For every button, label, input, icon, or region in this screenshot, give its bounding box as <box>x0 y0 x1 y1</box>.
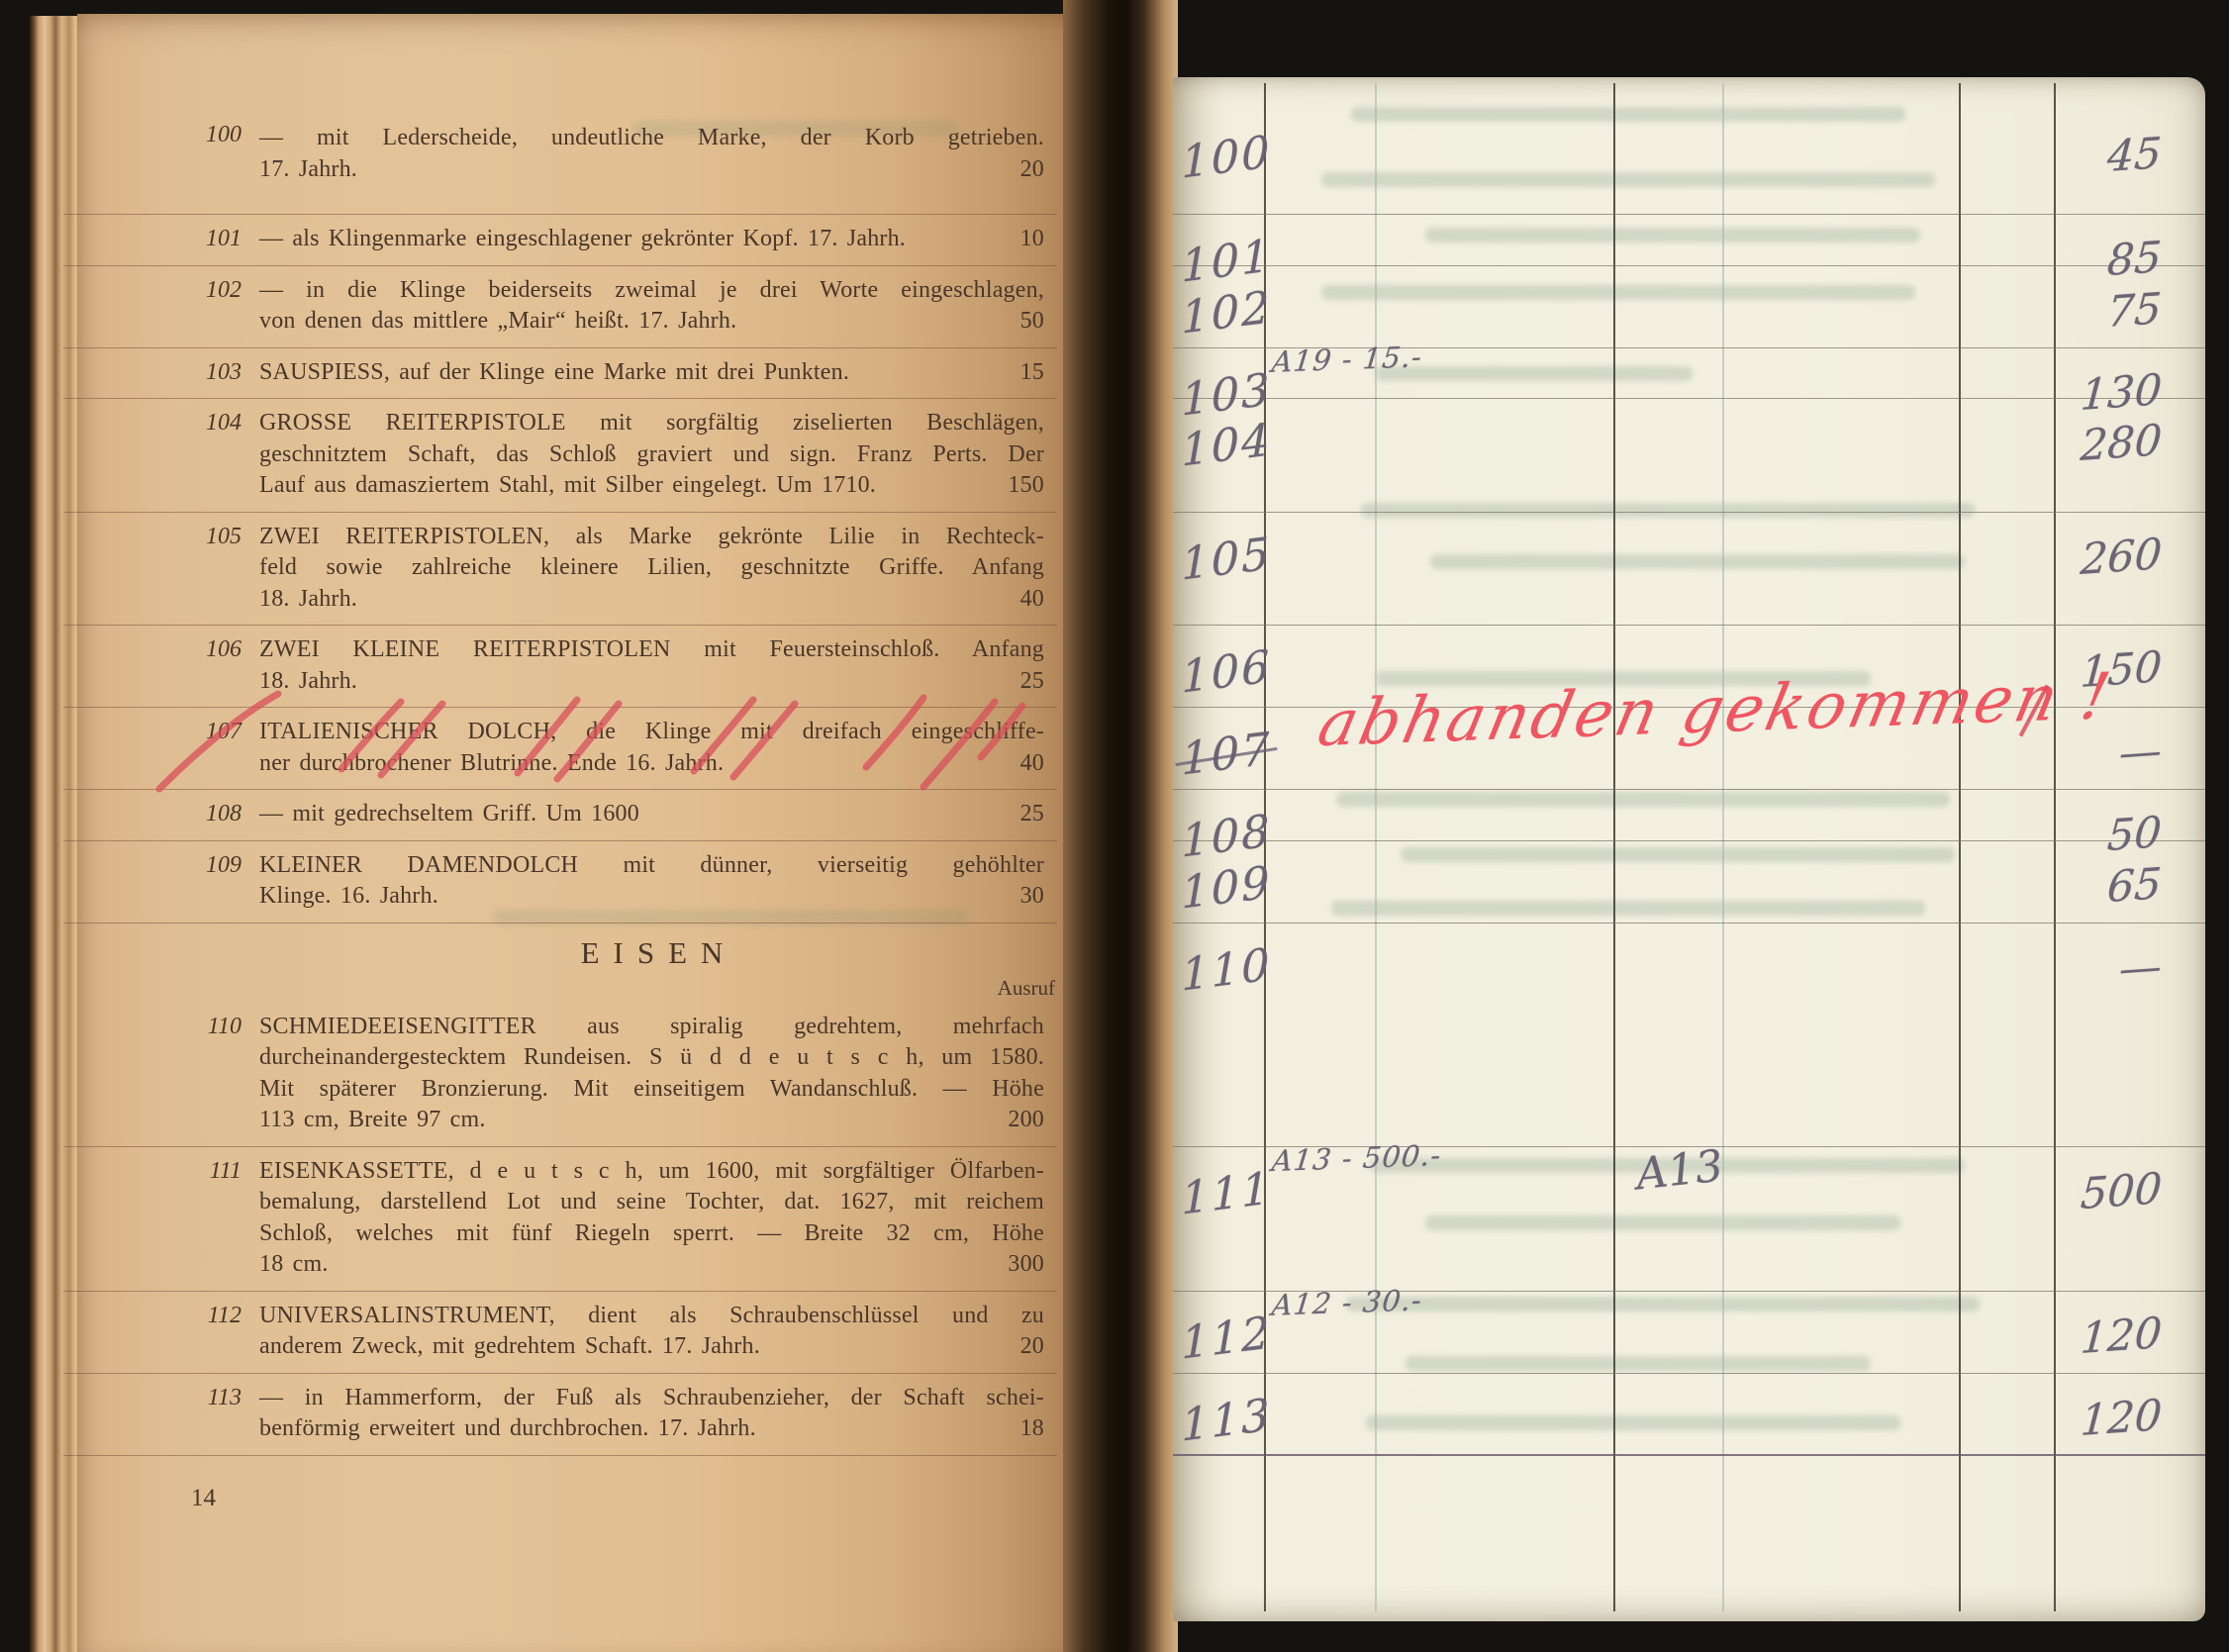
item-number: 106 <box>137 634 242 666</box>
item-text: — als Klingenmarke eingeschlagener gekrö… <box>259 224 1044 255</box>
item-text-line-text: — als Klingenmarke eingeschlagener gekrö… <box>259 224 906 255</box>
ledger-row: 10850 <box>1173 790 2205 841</box>
catalog-item: 103SAUSPIESS, auf der Klinge eine Marke … <box>77 348 1069 400</box>
item-price: 30 <box>1003 881 1044 913</box>
page-number: 14 <box>191 1485 216 1512</box>
ledger-lot-number: 110 <box>1181 937 1272 1001</box>
item-price: 18 <box>1003 1413 1044 1445</box>
item-text: SCHMIEDEEISENGITTER aus spiralig gedreht… <box>259 1012 1044 1136</box>
ledger-lot-number: 106 <box>1181 639 1272 703</box>
item-text-line: Mit späterer Bronzierung. Mit einseitige… <box>259 1074 1044 1106</box>
item-text-line-text: anderem Zweck, mit gedrehtem Schaft. 17.… <box>259 1331 760 1363</box>
item-text-line: ITALIENISCHER DOLCH, die Klinge mit drei… <box>259 717 1044 748</box>
item-text-line: — mit Lederscheide, undeutliche Marke, d… <box>259 123 1044 154</box>
catalog-item: 104GROSSE REITERPISTOLE mit sorgfältig z… <box>77 399 1069 513</box>
ledger-row: 10045 <box>1173 111 2205 215</box>
catalog-item: 111EISENKASSETTE, d e u t s c h, um 1600… <box>77 1147 1069 1292</box>
item-text-line-text: 18. Jahrh. <box>259 666 357 698</box>
item-text-line-text: — mit gedrechseltem Griff. Um 1600 <box>259 799 639 830</box>
item-text-line-text: benförmig erweitert und durchbrochen. 17… <box>259 1413 756 1445</box>
item-price: 15 <box>1003 357 1044 389</box>
item-number: 103 <box>137 357 242 389</box>
item-text: EISENKASSETTE, d e u t s c h, um 1600, m… <box>259 1156 1044 1281</box>
item-text: — mit gedrechseltem Griff. Um 160025 <box>259 799 1044 830</box>
book-scan: 100— mit Lederscheide, undeutliche Marke… <box>0 0 2229 1652</box>
item-price: 10 <box>1003 224 1044 255</box>
item-number: 112 <box>137 1301 242 1332</box>
ledger-lot-number: 105 <box>1181 527 1272 590</box>
item-text-line: Klinge. 16. Jahrh.30 <box>259 881 1044 913</box>
ledger-price: 280 <box>2079 416 2163 471</box>
item-text-line: UNIVERSALINSTRUMENT, dient als Schrauben… <box>259 1301 1044 1332</box>
item-text-line: geschnitztem Schaft, das Schloß graviert… <box>259 439 1044 471</box>
item-text-line: ZWEI REITERPISTOLEN, als Marke gekrönte … <box>259 522 1044 553</box>
item-text-line: 113 cm, Breite 97 cm.200 <box>259 1105 1044 1136</box>
item-text-line: — mit gedrechseltem Griff. Um 160025 <box>259 799 1044 830</box>
ledger-price: 130 <box>2079 364 2163 420</box>
item-text-line: Lauf aus damasziertem Stahl, mit Silber … <box>259 470 1044 502</box>
item-number: 113 <box>137 1383 242 1414</box>
item-number: 108 <box>137 799 242 830</box>
pencil-annotation: A13 - 500.- <box>1270 1137 1443 1177</box>
ledger-row: 10965 <box>1173 841 2205 923</box>
ledger-row: 10185 <box>1173 215 2205 266</box>
item-number: 107 <box>137 717 242 748</box>
item-price: 50 <box>1003 306 1044 338</box>
section-header-block: EISENAusruf <box>77 923 1069 1003</box>
pencil-annotation: A19 - 15.- <box>1270 340 1423 378</box>
ledger-lot-number: 109 <box>1181 855 1272 919</box>
ledger-price: 50 <box>2106 808 2164 861</box>
item-text-line: 18. Jahrh.40 <box>259 584 1044 616</box>
item-number: 102 <box>137 275 242 307</box>
item-text-line-text: ner durchbrochener Blutrinne. Ende 16. J… <box>259 748 724 780</box>
item-text-line-text: SAUSPIESS, auf der Klinge eine Marke mit… <box>259 357 849 389</box>
item-price: 20 <box>1003 1331 1044 1363</box>
item-text-line: Schloß, welches mit fünf Riegeln sperrt.… <box>259 1218 1044 1250</box>
item-number: 100 <box>137 120 242 151</box>
ledger-row: 105260 <box>1173 513 2205 627</box>
item-text-line: ZWEI KLEINE REITERPISTOLEN mit Feuerstei… <box>259 634 1044 666</box>
catalog-item: 108— mit gedrechseltem Griff. Um 160025 <box>77 790 1069 841</box>
item-text-line: anderem Zweck, mit gedrehtem Schaft. 17.… <box>259 1331 1044 1363</box>
item-text-line: 18 cm.300 <box>259 1249 1044 1281</box>
price-column-label: Ausruf <box>998 976 1055 1001</box>
ledger-price: — <box>2117 726 2163 778</box>
item-text-line-text: 18 cm. <box>259 1249 329 1281</box>
catalog-item: 100— mit Lederscheide, undeutliche Marke… <box>77 111 1069 215</box>
item-text-line: SCHMIEDEEISENGITTER aus spiralig gedreht… <box>259 1012 1044 1043</box>
item-text-line-text: von denen das mittlere „Mair“ heißt. 17.… <box>259 306 736 338</box>
item-text: — mit Lederscheide, undeutliche Marke, d… <box>259 123 1044 185</box>
ledger-price: 75 <box>2106 283 2164 337</box>
catalog-item: 112UNIVERSALINSTRUMENT, dient als Schrau… <box>77 1292 1069 1374</box>
catalog-item: 109KLEINER DAMENDOLCH mit dünner, vierse… <box>77 841 1069 923</box>
ledger-row: 104280 <box>1173 399 2205 513</box>
item-text-line: — in die Klinge beiderseits zweimal je d… <box>259 275 1044 307</box>
item-price: 300 <box>990 1249 1044 1281</box>
item-price: 200 <box>990 1105 1044 1136</box>
item-number: 109 <box>137 850 242 882</box>
item-price: 40 <box>1003 748 1044 780</box>
ledger-lot-number: 102 <box>1181 280 1272 343</box>
item-text: — in die Klinge beiderseits zweimal je d… <box>259 275 1044 338</box>
item-text-line-text: 18. Jahrh. <box>259 584 357 616</box>
catalog-item: 101— als Klingenmarke eingeschlagener ge… <box>77 215 1069 266</box>
item-text: GROSSE REITERPISTOLE mit sorgfältig zise… <box>259 408 1044 502</box>
item-text: KLEINER DAMENDOLCH mit dünner, vierseiti… <box>259 850 1044 913</box>
ledger-lot-number: 111 <box>1181 1161 1272 1224</box>
ledger-price: 120 <box>2079 1390 2163 1445</box>
catalog-page: 100— mit Lederscheide, undeutliche Marke… <box>77 14 1069 1652</box>
pencil-annotation: A13 <box>1634 1140 1726 1200</box>
left-page-edge-stack <box>30 16 79 1652</box>
item-price: 20 <box>1003 154 1044 186</box>
book-gutter <box>1063 0 1178 1652</box>
catalog-item: 113— in Hammerform, der Fuß als Schraube… <box>77 1374 1069 1456</box>
ledger-lot-number: 113 <box>1181 1388 1272 1451</box>
item-number: 110 <box>137 1012 242 1043</box>
item-text-line: bemalung, darstellend Lot und seine Toch… <box>259 1187 1044 1218</box>
item-price: 40 <box>1003 584 1044 616</box>
ledger-price: 120 <box>2079 1308 2163 1363</box>
item-text-line-text: 17. Jahrh. <box>259 154 357 186</box>
catalog-item: 106ZWEI KLEINE REITERPISTOLEN mit Feuers… <box>77 626 1069 708</box>
item-text-line: — in Hammerform, der Fuß als Schraubenzi… <box>259 1383 1044 1414</box>
item-text: ZWEI KLEINE REITERPISTOLEN mit Feuerstei… <box>259 634 1044 697</box>
ledger-price: 45 <box>2106 129 2164 182</box>
ledger-row: 113120 <box>1173 1374 2205 1456</box>
ledger-lot-number: 112 <box>1181 1306 1272 1369</box>
item-text: — in Hammerform, der Fuß als Schraubenzi… <box>259 1383 1044 1445</box>
item-text-line: von denen das mittlere „Mair“ heißt. 17.… <box>259 306 1044 338</box>
item-price: 150 <box>990 470 1044 502</box>
ledger-rows: 100451018510275103130A19 - 15.-104280105… <box>1173 111 2205 1456</box>
item-number: 111 <box>137 1156 242 1188</box>
ledger-row: 103130A19 - 15.- <box>1173 348 2205 400</box>
item-text-line: feld sowie zahlreiche kleinere Lilien, g… <box>259 552 1044 584</box>
item-text-line: benförmig erweitert und durchbrochen. 17… <box>259 1413 1044 1445</box>
catalog-item: 105ZWEI REITERPISTOLEN, als Marke gekrön… <box>77 513 1069 627</box>
item-text-line: ner durchbrochener Blutrinne. Ende 16. J… <box>259 748 1044 780</box>
catalog-item: 102— in die Klinge beiderseits zweimal j… <box>77 266 1069 348</box>
catalog-items: 100— mit Lederscheide, undeutliche Marke… <box>77 111 1069 1456</box>
item-text-line: durcheinandergestecktem Rundeisen. S ü d… <box>259 1042 1044 1074</box>
ledger-lot-number: 107 <box>1181 722 1272 785</box>
ledger-row: 10275 <box>1173 266 2205 348</box>
item-text-line: EISENKASSETTE, d e u t s c h, um 1600, m… <box>259 1156 1044 1188</box>
item-number: 105 <box>137 522 242 553</box>
ledger-row: 111500A13 - 500.-A13 <box>1173 1147 2205 1292</box>
item-text-line: GROSSE REITERPISTOLE mit sorgfältig zise… <box>259 408 1044 439</box>
catalog-item: 107ITALIENISCHER DOLCH, die Klinge mit d… <box>77 708 1069 790</box>
item-text-line: SAUSPIESS, auf der Klinge eine Marke mit… <box>259 357 1044 389</box>
ledger-row: 112120A12 - 30.- <box>1173 1292 2205 1374</box>
item-price: 25 <box>1003 666 1044 698</box>
item-text-line: — als Klingenmarke eingeschlagener gekrö… <box>259 224 1044 255</box>
ledger-price: — <box>2117 941 2163 994</box>
ledger-price: 500 <box>2079 1163 2163 1218</box>
item-text-line: KLEINER DAMENDOLCH mit dünner, vierseiti… <box>259 850 1044 882</box>
item-divider <box>63 1455 1057 1456</box>
ledger-price: 85 <box>2106 233 2164 286</box>
item-text: UNIVERSALINSTRUMENT, dient als Schrauben… <box>259 1301 1044 1363</box>
item-text: ZWEI REITERPISTOLEN, als Marke gekrönte … <box>259 522 1044 616</box>
item-text-line: 18. Jahrh.25 <box>259 666 1044 698</box>
item-number: 101 <box>137 224 242 255</box>
item-text-line-text: Klinge. 16. Jahrh. <box>259 881 438 913</box>
item-text: ITALIENISCHER DOLCH, die Klinge mit drei… <box>259 717 1044 779</box>
ledger-price: 65 <box>2106 858 2164 912</box>
item-text-line-text: Lauf aus damasziertem Stahl, mit Silber … <box>259 470 876 502</box>
ledger-page: 100451018510275103130A19 - 15.-104280105… <box>1173 77 2205 1621</box>
item-price: 25 <box>1003 799 1044 830</box>
item-text: SAUSPIESS, auf der Klinge eine Marke mit… <box>259 357 1044 389</box>
ledger-price: 260 <box>2079 529 2163 584</box>
ledger-lot-number: 100 <box>1181 125 1272 188</box>
pencil-annotation: A12 - 30.- <box>1270 1283 1423 1321</box>
ledger-lot-number: 104 <box>1181 413 1272 476</box>
ledger-row: 110— <box>1173 923 2205 1147</box>
ledger-row: 107—abhanden gekommen ! <box>1173 708 2205 790</box>
item-text-line-text: 113 cm, Breite 97 cm. <box>259 1105 486 1136</box>
section-title: EISEN <box>259 935 1044 971</box>
item-text-line: 17. Jahrh.20 <box>259 154 1044 186</box>
catalog-item: 110SCHMIEDEEISENGITTER aus spiralig gedr… <box>77 1003 1069 1147</box>
item-number: 104 <box>137 408 242 439</box>
